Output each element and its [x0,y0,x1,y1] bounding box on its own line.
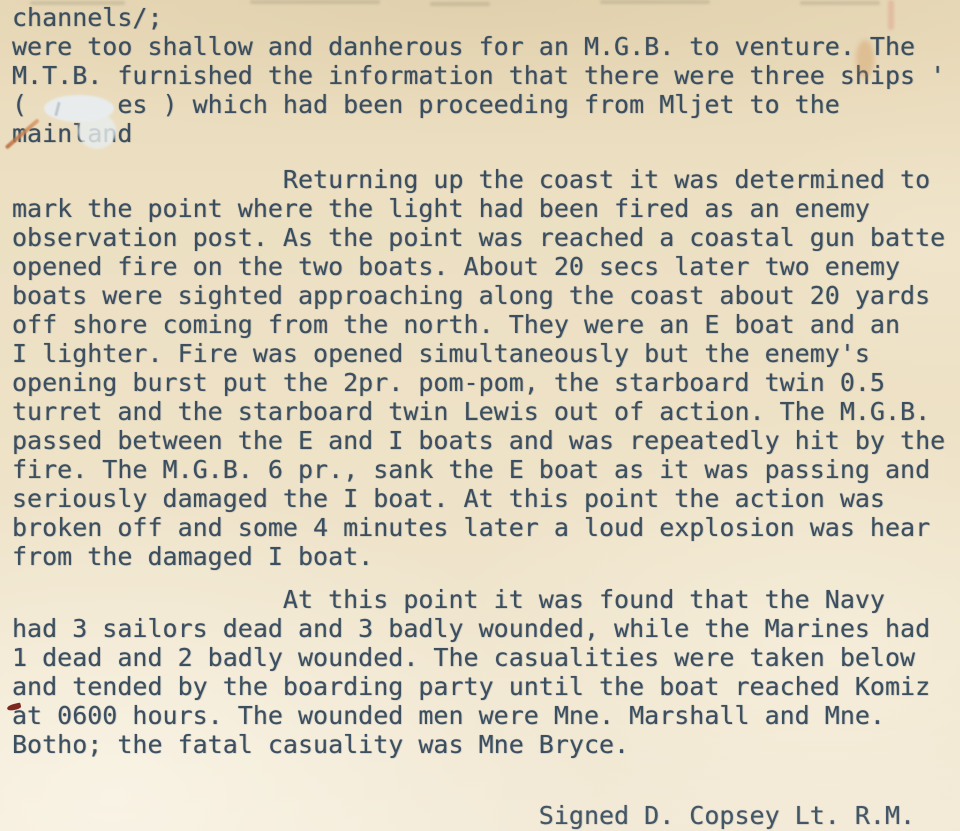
text-line: ( es ) which had been proceeding from Ml… [12,90,960,119]
text-line: M.T.B. furnished the information that th… [12,61,960,90]
paragraph-action-account: Returning up the coast it was determined… [12,165,960,571]
text-line: opening burst put the 2pr. pom-pom, the … [12,368,960,397]
text-line: and tended by the boarding party until t… [12,672,960,701]
text-line: Returning up the coast it was determined… [12,165,960,194]
text-line: channels/; [12,3,960,32]
scanned-document-page: channels/;were too shallow and danherous… [0,0,960,831]
text-line: seriously damaged the I boat. At this po… [12,484,960,513]
text-line: Botho; the fatal casuality was Mne Bryce… [12,730,960,759]
text-line: from the damaged I boat. [12,542,960,571]
text-line: At this point it was found that the Navy [12,585,960,614]
text-line: boats were sighted approaching along the… [12,281,960,310]
document-text: channels/;were too shallow and danherous… [12,3,960,830]
text-line: passed between the E and I boats and was… [12,426,960,455]
paragraph-casualties: At this point it was found that the Navy… [12,585,960,759]
text-line: off shore coming from the north. They we… [12,310,960,339]
signature-block: Signed D. Copsey Lt. R.M. [12,801,960,830]
text-line: observation post. As the point was reach… [12,223,960,252]
text-line: 1 dead and 2 badly wounded. The casualit… [12,643,960,672]
text-line: I lighter. Fire was opened simultaneousl… [12,339,960,368]
text-line: mark the point where the light had been … [12,194,960,223]
text-line: opened fire on the two boats. About 20 s… [12,252,960,281]
text-line: broken off and some 4 minutes later a lo… [12,513,960,542]
text-line: fire. The M.G.B. 6 pr., sank the E boat … [12,455,960,484]
paragraph-channels: channels/;were too shallow and danherous… [12,3,960,148]
signature-line: Signed D. Copsey Lt. R.M. [12,801,960,830]
text-line: were too shallow and danherous for an M.… [12,32,960,61]
text-line: mainland [12,119,960,148]
text-line: at 0600 hours. The wounded men were Mne.… [12,701,960,730]
text-line: turret and the starboard twin Lewis out … [12,397,960,426]
text-line: had 3 sailors dead and 3 badly wounded, … [12,614,960,643]
